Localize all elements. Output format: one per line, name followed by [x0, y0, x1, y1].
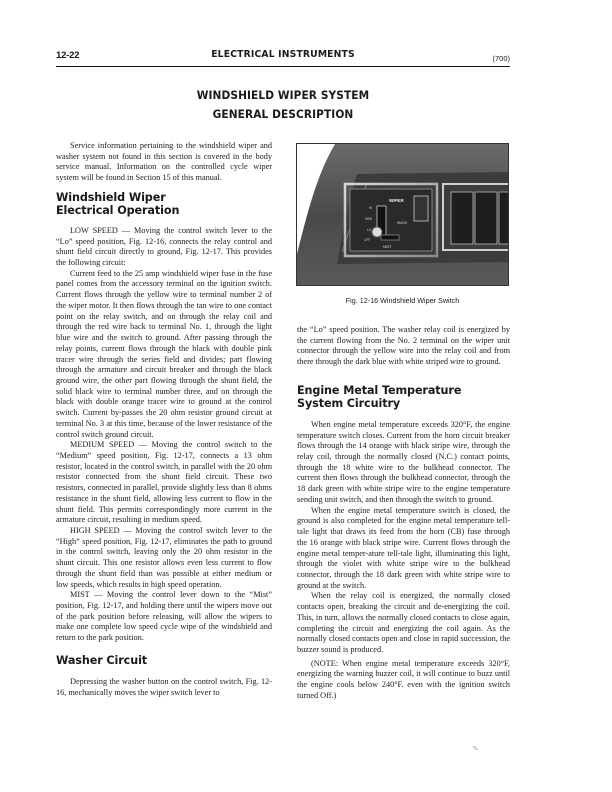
low-speed-paragraph: LOW SPEED — Moving the control switch le… — [56, 226, 272, 269]
right-column: the “Lo” speed position. The washer rela… — [297, 325, 510, 702]
mist-paragraph: MIST — Moving the control lever down to … — [56, 590, 272, 644]
heading-engine-temperature: Engine Metal Temperature System Circuitr… — [297, 384, 510, 411]
washer-continued-paragraph: the “Lo” speed position. The washer rela… — [297, 325, 510, 368]
label-med: MED — [365, 217, 373, 221]
scan-artifact-mark: % — [473, 746, 478, 752]
main-title-line2: GENERAL DESCRIPTION — [74, 107, 492, 121]
running-header: 12-22 ELECTRICAL INSTRUMENTS (700) — [56, 44, 510, 67]
high-speed-paragraph: HIGH SPEED — Moving the control switch l… — [56, 526, 272, 590]
washer-paragraph: Depressing the washer button on the cont… — [56, 677, 272, 698]
label-wiper: WIPER — [389, 198, 405, 203]
note-paragraph: (NOTE: When engine metal temperature exc… — [297, 659, 510, 702]
engine-paragraph-2: When the engine metal temperature switch… — [297, 506, 510, 592]
heading-wiper-line2: Electrical Operation — [56, 204, 272, 218]
figure-caption: Fig. 12-16 Windshield Wiper Switch — [296, 296, 509, 305]
heading-wiper-electrical: Windshield Wiper Electrical Operation — [56, 191, 272, 218]
left-column: Service information pertaining to the wi… — [56, 141, 272, 699]
engine-paragraph-1: When engine metal temperature exceeds 32… — [297, 420, 510, 506]
label-off: OFF — [364, 238, 370, 242]
section-title: ELECTRICAL INSTRUMENTS — [74, 49, 492, 60]
medium-speed-paragraph: MEDIUM SPEED — Moving the control switch… — [56, 440, 272, 526]
label-lo: LO — [367, 228, 372, 232]
heading-washer-circuit: Washer Circuit — [56, 654, 272, 668]
label-mist: MIST — [383, 245, 392, 249]
heading-engine-line1: Engine Metal Temperature — [297, 384, 510, 398]
page-code: (700) — [492, 54, 510, 63]
intro-paragraph: Service information pertaining to the wi… — [56, 141, 272, 184]
engine-paragraph-3: When the relay coil is energized, the no… — [297, 591, 510, 655]
wiper-switch-photo: WIPER WASH MIST HI MED LO OFF — [297, 144, 509, 286]
figure-wiper-switch-photo: WIPER WASH MIST HI MED LO OFF — [296, 143, 509, 286]
label-hi: HI — [369, 206, 372, 210]
heading-wiper-line1: Windshield Wiper — [56, 191, 272, 205]
heading-engine-line2: System Circuitry — [297, 397, 510, 411]
label-wash: WASH — [397, 221, 408, 225]
main-title-line1: WINDSHIELD WIPER SYSTEM — [74, 88, 492, 102]
current-feed-paragraph: Current feed to the 25 amp windshield wi… — [56, 269, 272, 441]
